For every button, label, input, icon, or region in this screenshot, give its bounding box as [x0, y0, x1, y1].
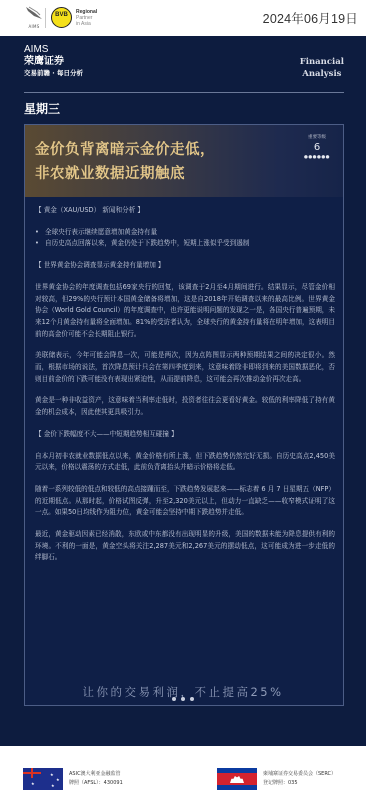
brand-name-en: AIMS [24, 44, 83, 56]
article-header: 金价负背离暗示金价走低， 非农就业数据近期触底 重要等级 6 ●●●●●● [25, 125, 343, 197]
serc-license-text: 柬埔寨证券交易委员会（SERC） 登记牌照：035 [263, 770, 336, 788]
cambodia-flag-icon [217, 768, 257, 790]
rating-value: 6 [301, 141, 333, 155]
section-heading: 【 黄金（XAU/USD） 新闻和分析 】 [35, 205, 335, 217]
brand-subtitle: 交易前瞻 · 每日分析 [24, 68, 83, 78]
top-bar: AIMS BVB Regional Partner in Asia 2024年0… [0, 0, 366, 36]
paragraph: 黄金是一种非收益资产，这意味着当利率走低时，投资者往往会更看好黄金。较低的利率降… [35, 395, 335, 418]
page-dot[interactable] [172, 697, 176, 701]
page-dot[interactable] [181, 697, 185, 701]
paragraph: 自本月初非农就业数据低点以来，黄金价格有所上涨，但下跌趋势仍然完好无损。自历史高… [35, 451, 335, 474]
rating-dots-icon: ●●●●●● [301, 155, 333, 161]
footer: ★ ★ ★ ★ ASIC澳大利亚金融监管 牌照（AFSL）：430091 柬埔寨… [0, 746, 366, 800]
eagle-icon [25, 6, 43, 20]
brand-name-cn: 荣鹰证券 [24, 56, 83, 68]
paragraph: 世界黄金协会的年度调查包括69家央行的回复，该调查于2月至4月期间进行。结果显示… [35, 282, 335, 341]
financial-analysis-tag: Financial Analysis [300, 56, 344, 80]
bullet-item: • 全球央行表示继续愿意增加黄金持有量 [35, 227, 335, 239]
section-heading: 【 世界黄金协会调查显示黄金持有量增加 】 [35, 260, 335, 272]
paragraph: 美联储表示，今年可能会降息一次，可能是两次，因为点阵图显示两种预期结果之间的决定… [35, 350, 335, 385]
aims-logo: AIMS [23, 6, 45, 30]
page-dot[interactable] [190, 697, 194, 701]
divider [24, 92, 344, 93]
logo-divider [45, 8, 46, 28]
asic-license-text: ASIC澳大利亚金融监管 牌照（AFSL）：430091 [69, 770, 123, 788]
weekday-label: 星期三 [24, 100, 60, 117]
report-date: 2024年06月19日 [263, 9, 358, 27]
article-headline: 金价负背离暗示金价走低， 非农就业数据近期触底 [35, 138, 215, 186]
paragraph: 随着一系列较低的低点和较低的高点接踵而至，下跌趋势发展起来——标志着 6 月 7… [35, 484, 335, 519]
carousel-pagination[interactable] [172, 697, 194, 701]
report-panel: AIMS 荣鹰证券 交易前瞻 · 每日分析 Financial Analysis… [0, 36, 366, 746]
bullet-icon: • [35, 238, 45, 250]
paragraph: 最近，黄金驱动因素已经消散，东欧或中东都没有出现明显的升级，美国的数据未能为降息… [35, 529, 335, 564]
brand-block: AIMS 荣鹰证券 交易前瞻 · 每日分析 [24, 44, 83, 78]
importance-rating: 重要等级 6 ●●●●●● [301, 134, 333, 161]
australia-flag-icon: ★ ★ ★ ★ [23, 768, 63, 790]
article-card: 金价负背离暗示金价走低， 非农就业数据近期触底 重要等级 6 ●●●●●● 【 … [24, 124, 344, 706]
regional-partner-text: Regional Partner in Asia [76, 9, 97, 27]
article-body: 【 黄金（XAU/USD） 新闻和分析 】 • 全球央行表示继续愿意增加黄金持有… [35, 205, 335, 574]
rating-label: 重要等级 [301, 134, 333, 141]
bullet-icon: • [35, 227, 45, 239]
section-heading: 【 金价下跌幅度不大——中短期趋势相互碰撞 】 [35, 429, 335, 441]
bullet-item: • 自历史高点回落以来，黄金仍处于下跌趋势中，短期上涨似乎受到遏制 [35, 238, 335, 250]
bvb-logo: BVB [51, 7, 72, 28]
aims-logo-text: AIMS [23, 24, 45, 29]
